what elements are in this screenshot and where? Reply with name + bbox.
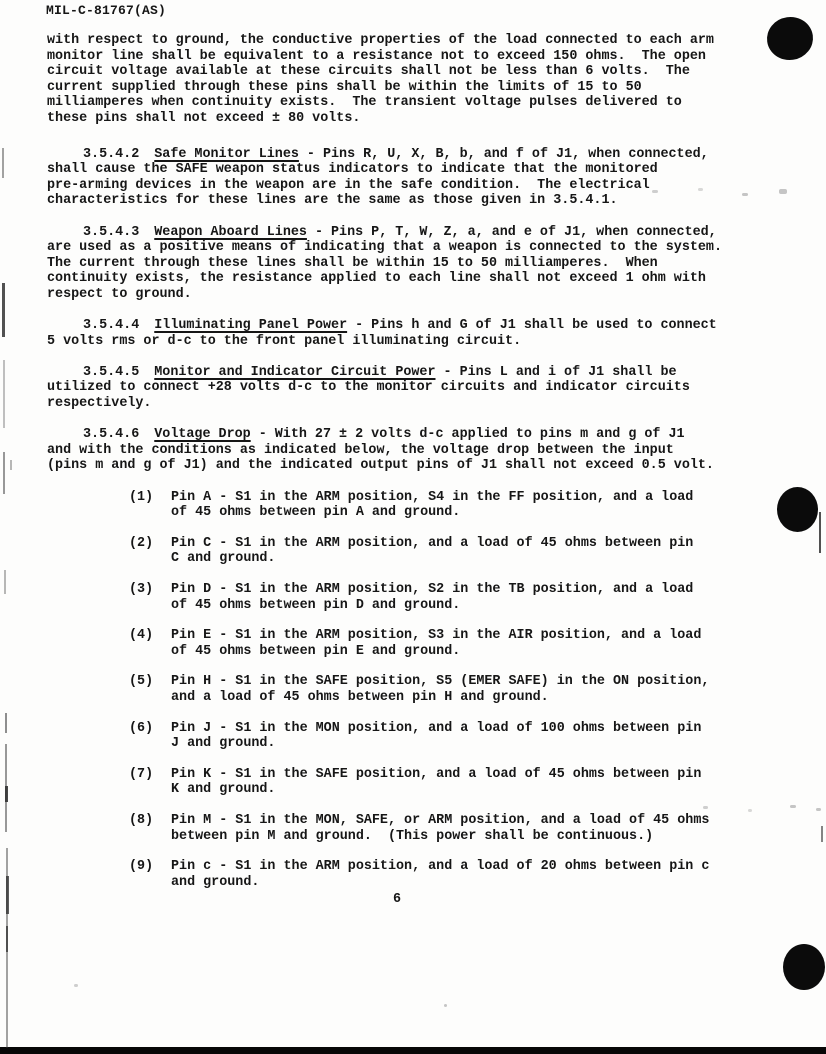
list-item: (6)Pin J - S1 in the MON position, and a… (47, 721, 741, 752)
page-number: 6 (47, 892, 747, 907)
scan-edge-bar (0, 1047, 826, 1054)
list-item-text: Pin K - S1 in the SAFE position, and a l… (171, 767, 701, 798)
hole-punch-dot-bottom (783, 944, 825, 990)
section-title: Illuminating Panel Power (154, 318, 347, 333)
section-number: 3.5.4.5 (83, 365, 139, 380)
list-item-number: (8) (129, 813, 171, 844)
scan-crease-mark (821, 826, 823, 842)
condition-list: (1)Pin A - S1 in the ARM position, S4 in… (47, 490, 741, 891)
list-item: (9)Pin c - S1 in the ARM position, and a… (47, 859, 741, 890)
scan-crease-mark (5, 786, 8, 802)
scan-speckle (698, 188, 703, 191)
list-item-number: (4) (129, 628, 171, 659)
section-title: Weapon Aboard Lines (154, 225, 307, 240)
scan-speckle (444, 1004, 447, 1007)
scan-speckle (74, 984, 78, 987)
scan-crease-mark (5, 713, 7, 733)
list-item: (4)Pin E - S1 in the ARM position, S3 in… (47, 628, 741, 659)
scan-speckle (790, 805, 796, 808)
list-item: (2)Pin C - S1 in the ARM position, and a… (47, 536, 741, 567)
list-item-text: Pin C - S1 in the ARM position, and a lo… (171, 536, 693, 567)
list-item-text: Pin A - S1 in the ARM position, S4 in th… (171, 490, 693, 521)
list-item-text: Pin H - S1 in the SAFE position, S5 (EME… (171, 674, 709, 705)
scan-crease-mark (2, 283, 5, 337)
section-body: - Pins P, T, W, Z, a, and e of J1, when … (47, 225, 722, 302)
scan-speckle (748, 809, 752, 812)
scan-crease-mark (3, 360, 5, 428)
scan-crease-mark (819, 512, 821, 553)
section-3-5-4-2: 3.5.4.2Safe Monitor Lines- Pins R, U, X,… (47, 147, 741, 209)
scan-crease-mark (10, 460, 12, 470)
section-number: 3.5.4.2 (83, 147, 139, 162)
list-item: (7)Pin K - S1 in the SAFE position, and … (47, 767, 741, 798)
list-item-text: Pin D - S1 in the ARM position, S2 in th… (171, 582, 693, 613)
document-page: MIL-C-81767(AS) with respect to ground, … (0, 0, 826, 1054)
scan-crease-mark (2, 148, 4, 178)
list-item-text: Pin M - S1 in the MON, SAFE, or ARM posi… (171, 813, 709, 844)
document-body: with respect to ground, the conductive p… (47, 33, 741, 905)
intro-paragraph: with respect to ground, the conductive p… (47, 33, 741, 127)
section-body: - With 27 ± 2 volts d-c applied to pins … (47, 427, 714, 473)
scan-crease-mark (3, 452, 5, 494)
section-title: Monitor and Indicator Circuit Power (154, 365, 435, 380)
section-3-5-4-5: 3.5.4.5Monitor and Indicator Circuit Pow… (47, 365, 741, 412)
document-id-header: MIL-C-81767(AS) (46, 3, 166, 18)
scan-crease-mark (6, 876, 9, 914)
list-item-number: (3) (129, 582, 171, 613)
section-3-5-4-3: 3.5.4.3Weapon Aboard Lines- Pins P, T, W… (47, 225, 741, 303)
section-body: - Pins h and G of J1 shall be used to co… (47, 318, 717, 349)
hole-punch-dot-top (764, 14, 816, 63)
list-item-number: (9) (129, 859, 171, 890)
list-item-number: (7) (129, 767, 171, 798)
section-body: - Pins R, U, X, B, b, and f of J1, when … (47, 147, 709, 209)
scan-speckle (652, 190, 658, 193)
section-number: 3.5.4.6 (83, 427, 139, 442)
list-item-number: (6) (129, 721, 171, 752)
list-item-number: (5) (129, 674, 171, 705)
list-item: (1)Pin A - S1 in the ARM position, S4 in… (47, 490, 741, 521)
list-item-text: Pin E - S1 in the ARM position, S3 in th… (171, 628, 701, 659)
list-item-number: (1) (129, 490, 171, 521)
section-3-5-4-4: 3.5.4.4Illuminating Panel Power- Pins h … (47, 318, 741, 349)
list-item: (3)Pin D - S1 in the ARM position, S2 in… (47, 582, 741, 613)
scan-speckle (703, 806, 708, 809)
section-title: Safe Monitor Lines (154, 147, 299, 162)
scan-speckle (779, 189, 787, 194)
scan-crease-mark (6, 926, 8, 952)
scan-speckle (816, 808, 821, 811)
section-number: 3.5.4.4 (83, 318, 139, 333)
section-number: 3.5.4.3 (83, 225, 139, 240)
scan-speckle (742, 193, 748, 196)
hole-punch-dot-middle (777, 487, 818, 532)
list-item-number: (2) (129, 536, 171, 567)
list-item-text: Pin J - S1 in the MON position, and a lo… (171, 721, 701, 752)
section-title: Voltage Drop (154, 427, 250, 442)
list-item-text: Pin c - S1 in the ARM position, and a lo… (171, 859, 709, 890)
scan-crease-mark (4, 570, 6, 594)
list-item: (8)Pin M - S1 in the MON, SAFE, or ARM p… (47, 813, 741, 844)
section-3-5-4-6: 3.5.4.6Voltage Drop- With 27 ± 2 volts d… (47, 427, 741, 474)
list-item: (5)Pin H - S1 in the SAFE position, S5 (… (47, 674, 741, 705)
